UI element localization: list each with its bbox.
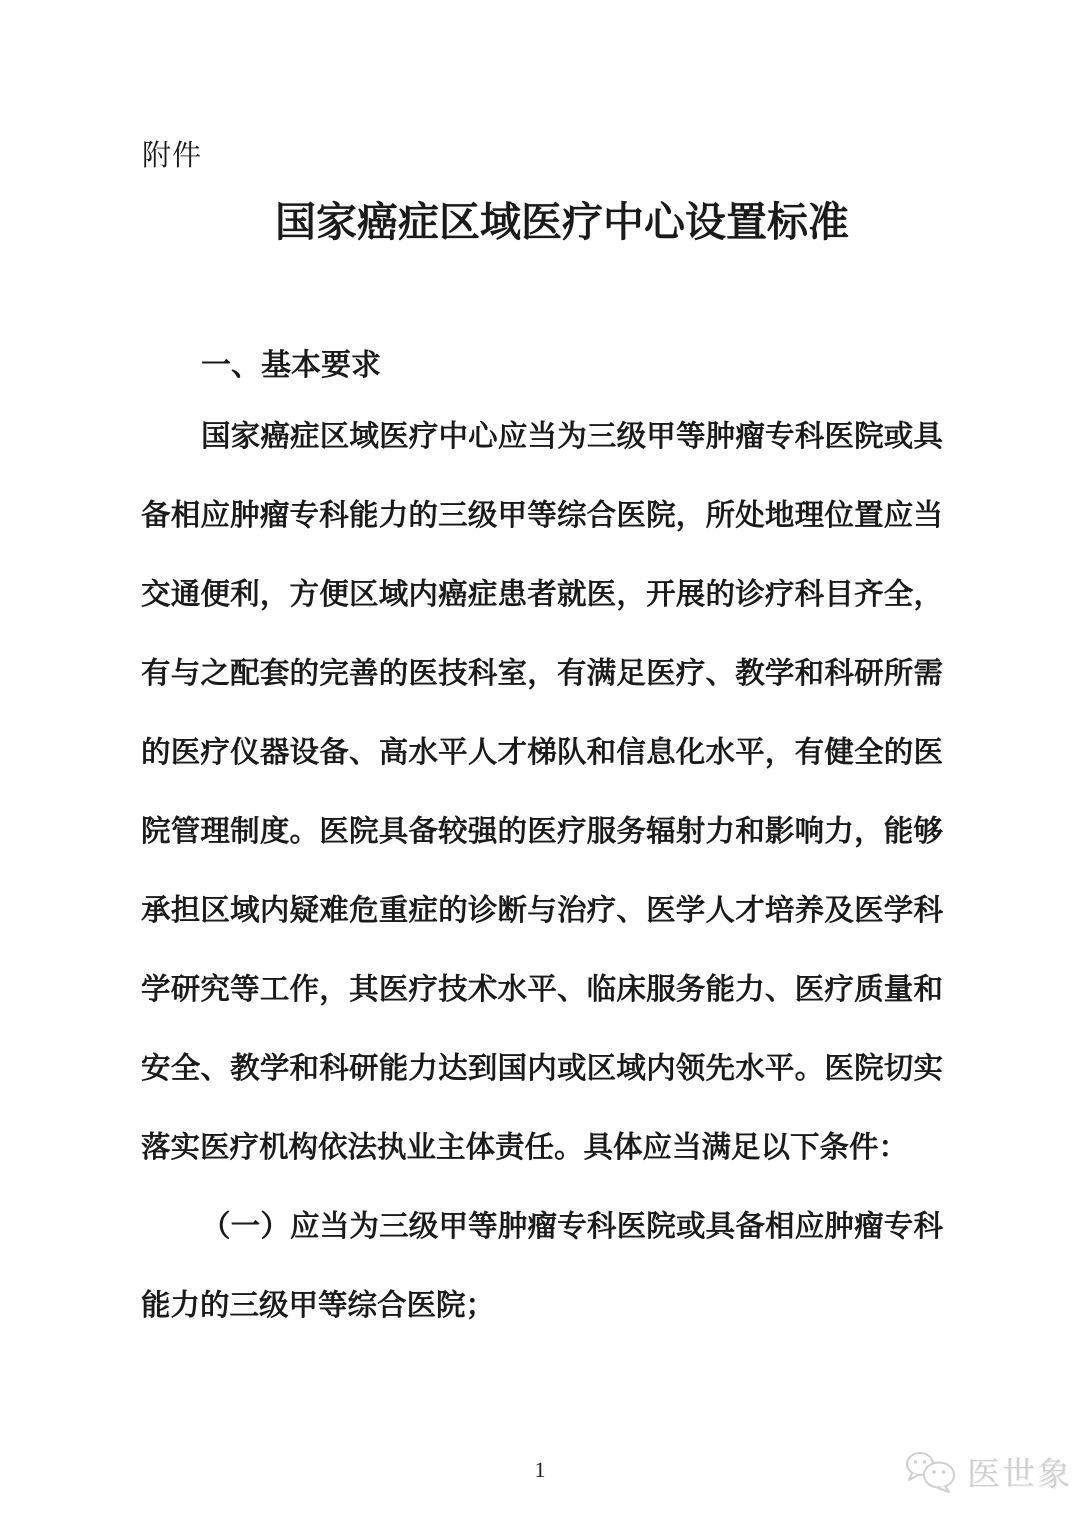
paragraph-1-line: 国家癌症区域医疗中心应当为三级甲等肿瘤专科医院或具 xyxy=(141,397,943,476)
paragraph-1-line: 交通便利，方便区域内癌症患者就医，开展的诊疗科目齐全， xyxy=(141,555,943,634)
watermark: 医世象 xyxy=(904,1448,1072,1495)
watermark-text: 医世象 xyxy=(967,1448,1072,1495)
paragraph-1: 国家癌症区域医疗中心应当为三级甲等肿瘤专科医院或具 备相应肿瘤专科能力的三级甲等… xyxy=(141,397,943,1187)
paragraph-1-line: 承担区域内疑难危重症的诊断与治疗、医学人才培养及医学科 xyxy=(141,871,943,950)
attachment-label: 附件 xyxy=(142,137,202,175)
paragraph-1-line: 院管理制度。医院具备较强的医疗服务辐射力和影响力，能够 xyxy=(141,792,943,871)
paragraph-1-line: 有与之配套的完善的医技科室，有满足医疗、教学和科研所需 xyxy=(141,634,943,713)
section-heading: 一、基本要求 xyxy=(141,326,943,405)
page-title: 国家癌症区域医疗中心设置标准 xyxy=(22,194,1080,250)
paragraph-2: （一）应当为三级甲等肿瘤专科医院或具备相应肿瘤专科 能力的三级甲等综合医院； xyxy=(141,1187,943,1345)
paragraph-1-line: 学研究等工作，其医疗技术水平、临床服务能力、医疗质量和 xyxy=(141,950,943,1029)
paragraph-2-line: 能力的三级甲等综合医院； xyxy=(141,1266,943,1345)
paragraph-1-line: 落实医疗机构依法执业主体责任。具体应当满足以下条件： xyxy=(141,1108,943,1187)
paragraph-1-line: 备相应肿瘤专科能力的三级甲等综合医院，所处地理位置应当 xyxy=(141,476,943,555)
paragraph-2-line: （一）应当为三级甲等肿瘤专科医院或具备相应肿瘤专科 xyxy=(141,1187,943,1266)
paragraph-1-line: 安全、教学和科研能力达到国内或区域内领先水平。医院切实 xyxy=(141,1029,943,1108)
wechat-bubbles-icon xyxy=(904,1450,958,1494)
paragraph-1-line: 的医疗仪器设备、高水平人才梯队和信息化水平，有健全的医 xyxy=(141,713,943,792)
document-page: 附件 国家癌症区域医疗中心设置标准 一、基本要求 国家癌症区域医疗中心应当为三级… xyxy=(0,0,1080,1526)
